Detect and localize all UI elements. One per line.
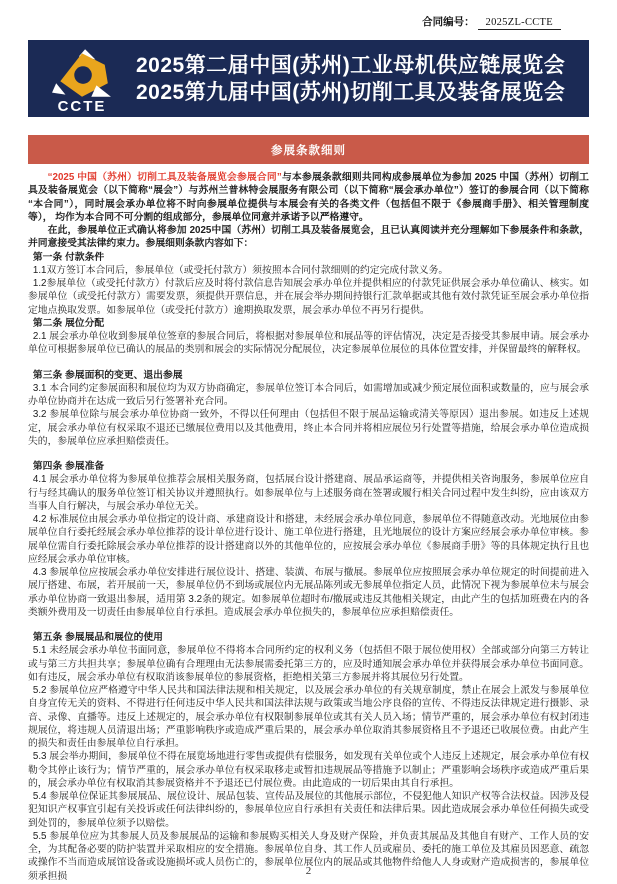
section-gap: [28, 357, 589, 369]
clause-paragraph: 4.3 参展单位应按展会承办单位安排进行展位设计、搭建、装潢、布展与撤展。参展单…: [28, 566, 589, 619]
event-header-banner: CCTE 2025第二届中国(苏州)工业母机供应链展览会 2025第九届中国(苏…: [28, 40, 589, 117]
section-gap: [28, 619, 589, 631]
clause-paragraph: 5.3 展会举办期间，参展单位不得在展览场地进行零售或提供有偿服务，如发现有关单…: [28, 750, 589, 790]
clause-paragraph: 3.2 参展单位除与展会承办单位协商一致外，不得以任何理由（包括但不限于展品运输…: [28, 408, 589, 448]
intro-contract-title-highlight: “2025 中国（苏州）切削工具及装备展览会参展合同”: [48, 172, 282, 183]
terms-sections: 第一条 付款条件1.1双方签订本合同后，参展单位（或受托付款方）须按照本合同付款…: [28, 251, 589, 883]
section-heading: 第五条 参展展品和展位的使用: [28, 631, 589, 644]
section-heading: 第二条 展位分配: [28, 317, 589, 330]
clause-paragraph: 4.1 展会承办单位将为参展单位推荐会展相关服务商，包括展台设计搭建商、展品承运…: [28, 473, 589, 513]
clause-paragraph: 1.2参展单位（或受托付款方）付款后应及时将付款信息告知展会承办单位并提供相应的…: [28, 277, 589, 317]
clause-paragraph: 1.1双方签订本合同后，参展单位（或受托付款方）须按照本合同付款细则的约定完成付…: [28, 264, 589, 277]
cutting-insert-icon: [51, 49, 113, 99]
section-gap: [28, 448, 589, 460]
ccte-logo-text: CCTE: [28, 100, 136, 113]
clause-paragraph: 2.1 展会承办单位收到参展单位签章的参展合同后，将根据对参展单位和展品等的评估…: [28, 330, 589, 357]
contract-number-label: 合同编号：: [422, 16, 475, 28]
clause-paragraph: 5.4 参展单位保证其参展展品、展位设计、展品包装、宣传品及展位的其他展示部位，…: [28, 790, 589, 830]
section-heading: 第三条 参展面积的变更、退出参展: [28, 369, 589, 382]
page-number: 2: [0, 865, 617, 877]
section-heading: 第一条 付款条件: [28, 251, 589, 264]
contract-document-page: 合同编号： 2025ZL-CCTE CCTE 2025第二届中国(苏州)工业母机…: [0, 0, 617, 884]
terms-body: “2025 中国（苏州）切削工具及装备展览会参展合同”与本参展条款细则共同构成参…: [28, 171, 589, 883]
clause-paragraph: 4.2 标准展位由展会承办单位指定的设计商、承建商设计和搭建，未经展会承办单位同…: [28, 513, 589, 566]
intro-paragraph-1: “2025 中国（苏州）切削工具及装备展览会参展合同”与本参展条款细则共同构成参…: [28, 171, 589, 224]
event-titles: 2025第二届中国(苏州)工业母机供应链展览会 2025第九届中国(苏州)切削工…: [136, 52, 591, 106]
logo-center-hole: [74, 66, 92, 84]
clause-paragraph: 5.2 参展单位应严格遵守中华人民共和国法律法规和相关规定，以及展会承办单位的有…: [28, 684, 589, 750]
clause-paragraph: 3.1 本合同约定参展面积和展位均为双方协商确定，参展单位签订本合同后，如需增加…: [28, 382, 589, 409]
logo-left-flare: [52, 83, 65, 94]
terms-banner: 参展条款细则: [28, 135, 589, 164]
event-title-line1: 2025第二届中国(苏州)工业母机供应链展览会: [136, 52, 565, 79]
contract-number: 合同编号： 2025ZL-CCTE: [0, 0, 617, 29]
intro-paragraph-2: 在此，参展单位正式确认将参加 2025中国（苏州）切削工具及装备展览会，且已认真…: [28, 224, 589, 251]
event-title-line2: 2025第九届中国(苏州)切削工具及装备展览会: [136, 79, 565, 106]
terms-banner-title: 参展条款细则: [271, 142, 346, 158]
section-heading: 第四条 参展准备: [28, 460, 589, 473]
clause-paragraph: 5.1 未经展会承办单位书面同意，参展单位不得将本合同所约定的权利义务（包括但不…: [28, 644, 589, 684]
ccte-logo: CCTE: [28, 45, 136, 113]
contract-number-value: 2025ZL-CCTE: [478, 17, 561, 30]
